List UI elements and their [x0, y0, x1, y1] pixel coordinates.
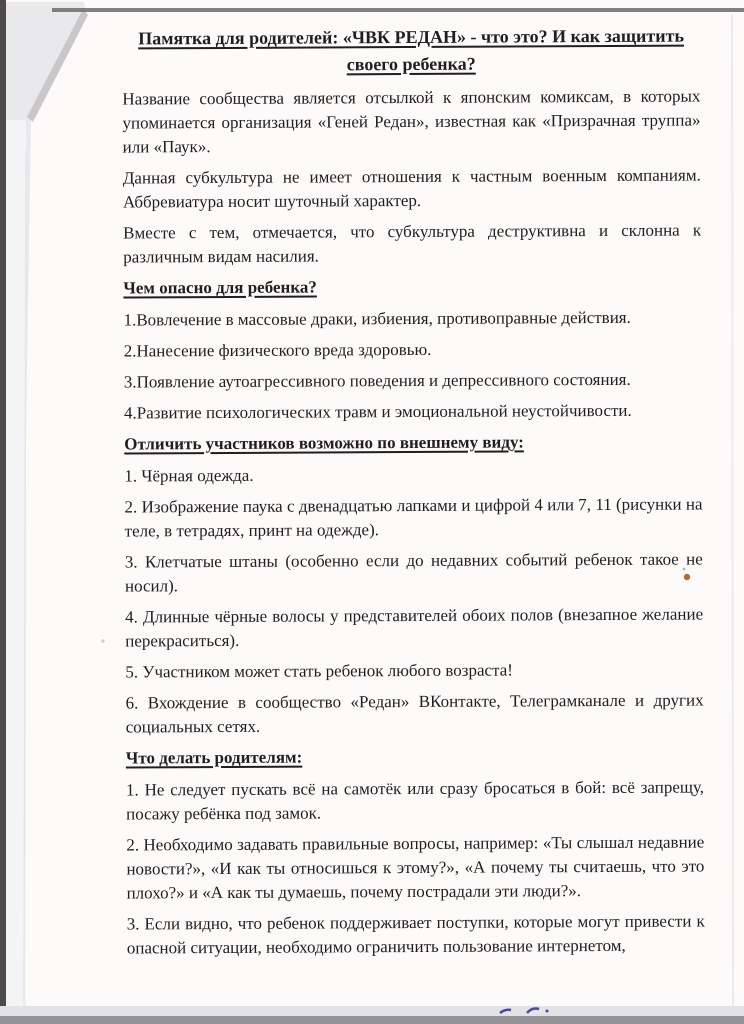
document-body: Памятка для родителей: «ЧВК РЕДАН» - что…	[122, 22, 705, 967]
list-item: 3. Клетчатые штаны (особенно если до нед…	[125, 547, 703, 598]
section-heading-parents-advice: Что делать родителям:	[126, 743, 704, 770]
list-item: 5. Участником может стать ребенок любого…	[125, 657, 703, 684]
list-item: 4.Развитие психологических травм и эмоци…	[124, 398, 702, 425]
list-item: 1. Не следует пускать всё на самотёк или…	[126, 775, 704, 826]
section-heading-appearance: Отличить участников возможно по внешнему…	[124, 429, 702, 456]
scanned-document-page: { "document": { "title": "Памятка для ро…	[0, 0, 744, 1024]
list-item: 2. Необходимо задавать правильные вопрос…	[126, 830, 704, 905]
list-item: 6. Вхождение в сообщество «Редан» ВКонта…	[125, 688, 703, 739]
list-item: 1.Вовлечение в массовые драки, избиения,…	[123, 305, 701, 332]
list-item: 2.Нанесение физического вреда здоровью.	[124, 336, 702, 363]
page-title: Памятка для родителей: «ЧВК РЕДАН» - что…	[133, 23, 689, 80]
list-item: 3. Если видно, что ребенок поддерживает …	[127, 909, 705, 960]
section-heading-dangers: Чем опасно для ребенка?	[123, 273, 701, 300]
intro-paragraph: Вместе с тем, отмечается, что субкультур…	[123, 218, 701, 269]
list-item: 1. Чёрная одежда.	[124, 461, 702, 488]
intro-paragraph: Название сообщества является отсылкой к …	[122, 84, 700, 159]
list-item: 3.Появление аутоагрессивного поведения и…	[124, 367, 702, 394]
list-item: 4. Длинные чёрные волосы у представителе…	[125, 602, 703, 653]
intro-paragraph: Данная субкультура не имеет отношения к …	[123, 163, 701, 214]
list-item: 2. Изображение паука с двенадцатью лапка…	[124, 492, 702, 543]
